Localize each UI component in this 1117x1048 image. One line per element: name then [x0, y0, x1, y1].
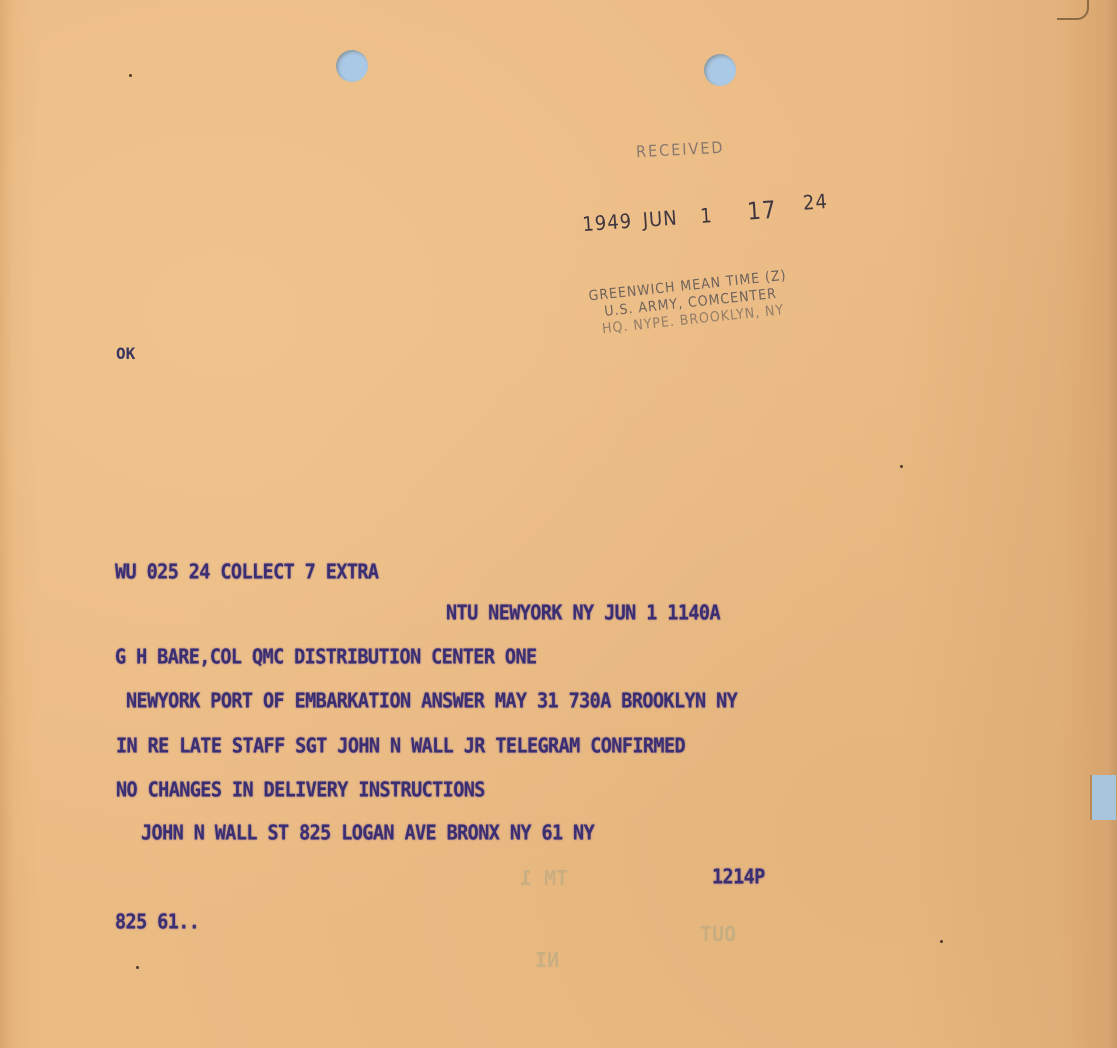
stamp-day: 1 — [699, 203, 713, 228]
ink-speck — [900, 465, 903, 468]
telegram-line: NEWYORK PORT OF EMBARKATION ANSWER MAY 3… — [126, 690, 737, 713]
stamp-month: JUN — [642, 206, 679, 232]
ink-speck — [129, 74, 132, 77]
telegram-line: NO CHANGES IN DELIVERY INSTRUCTIONS — [116, 779, 485, 802]
bleed-through-text: OUT — [700, 922, 736, 946]
paper-edge — [1105, 0, 1117, 1048]
stamp-year: 1949 — [582, 209, 633, 236]
bleed-through-text: NI — [535, 948, 559, 972]
corner-fold — [1057, 0, 1089, 20]
paper-notch — [1090, 775, 1116, 820]
bleed-through-text: TM 1 — [520, 866, 568, 890]
telegram-origin: NTU NEWYORK NY JUN 1 1140A — [446, 602, 720, 625]
telegram-paper — [0, 0, 1108, 1048]
telegram-line: G H BARE,COL QMC DISTRIBUTION CENTER ONE — [115, 646, 537, 669]
telegram-header: WU 025 24 COLLECT 7 EXTRA — [115, 561, 378, 584]
telegram-signature: JOHN N WALL ST 825 LOGAN AVE BRONX NY 61… — [141, 822, 594, 845]
ok-annotation: OK — [116, 344, 135, 363]
telegram-line: IN RE LATE STAFF SGT JOHN N WALL JR TELE… — [116, 735, 685, 758]
telegram-time-received: 1214P — [712, 866, 765, 889]
stamp-hour: 17 — [746, 196, 777, 226]
stamp-minute: 24 — [802, 189, 829, 215]
telegram-check: 825 61.. — [115, 911, 199, 934]
ink-speck — [136, 966, 139, 969]
ink-speck — [940, 940, 943, 943]
punch-hole-left — [336, 50, 368, 82]
punch-hole-right — [704, 54, 736, 86]
